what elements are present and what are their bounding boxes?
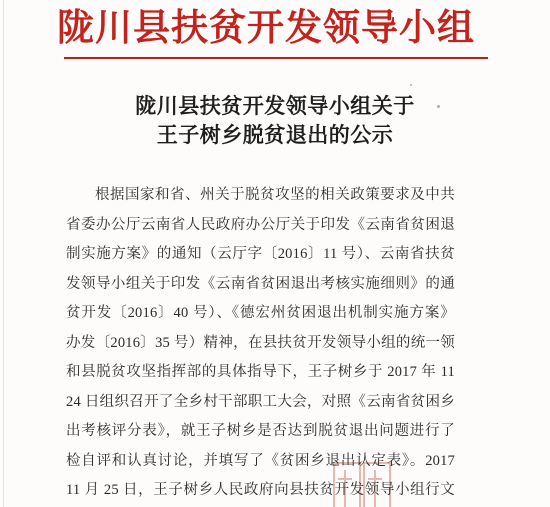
scan-speck xyxy=(437,105,440,108)
scanned-document-page: 陇川县扶贫开发领导小组 陇川县扶贫开发领导小组关于 王子树乡脱贫退出的公示 根据… xyxy=(0,0,550,507)
document-title-line-1: 陇川县扶贫开发领导小组关于 xyxy=(0,92,550,121)
body-line: 24 日组织召开了全乡村干部职工大会，对照《云南省贫困乡退 xyxy=(66,388,455,418)
body-line: 和县脱贫攻坚指挥部的具体指导下，王子树乡于 2017 年 11 月 xyxy=(66,358,455,388)
body-line: 制实施方案》的通知（云厅字〔2016〕11 号）、云南省扶贫开 xyxy=(66,240,455,270)
body-line: 检自评和认真讨论，并填写了《贫困乡退出认定表》。2017 年 xyxy=(66,447,455,477)
body-line: 省委办公厅云南省人民政府办公厅关于印发《云南省贫困退出机 xyxy=(66,211,455,241)
document-title: 陇川县扶贫开发领导小组关于 王子树乡脱贫退出的公示 xyxy=(0,92,550,150)
body-line: 发领导小组关于印发《云南省贫困退出考核实施细则》的通知（云 xyxy=(66,270,455,300)
scan-speck xyxy=(410,84,412,86)
scan-edge-line xyxy=(3,0,4,507)
document-title-line-2: 王子树乡脱贫退出的公示 xyxy=(0,121,550,150)
letterhead-rule xyxy=(64,57,488,59)
document-body: 根据国家和省、州关于脱贫攻坚的相关政策要求及中共云南 省委办公厅云南省人民政府办… xyxy=(66,181,455,506)
body-line: 贫开发〔2016〕40 号）、《德宏州贫困退出机制实施方案》（德 xyxy=(66,299,455,329)
body-line: 办发〔2016〕35 号）精神，在县扶贫开发领导小组的统一领导 xyxy=(66,329,455,359)
body-line: 根据国家和省、州关于脱贫攻坚的相关政策要求及中共云南 xyxy=(66,181,455,211)
letterhead-title: 陇川县扶贫开发领导小组 xyxy=(0,8,541,50)
body-line: 出考核评分表》，就王子树乡是否达到脱贫退出问题进行了自 xyxy=(66,417,455,447)
body-line: 11 月 25 日，王子树乡人民政府向县扶贫开发领导小组行文提出 xyxy=(66,476,455,506)
